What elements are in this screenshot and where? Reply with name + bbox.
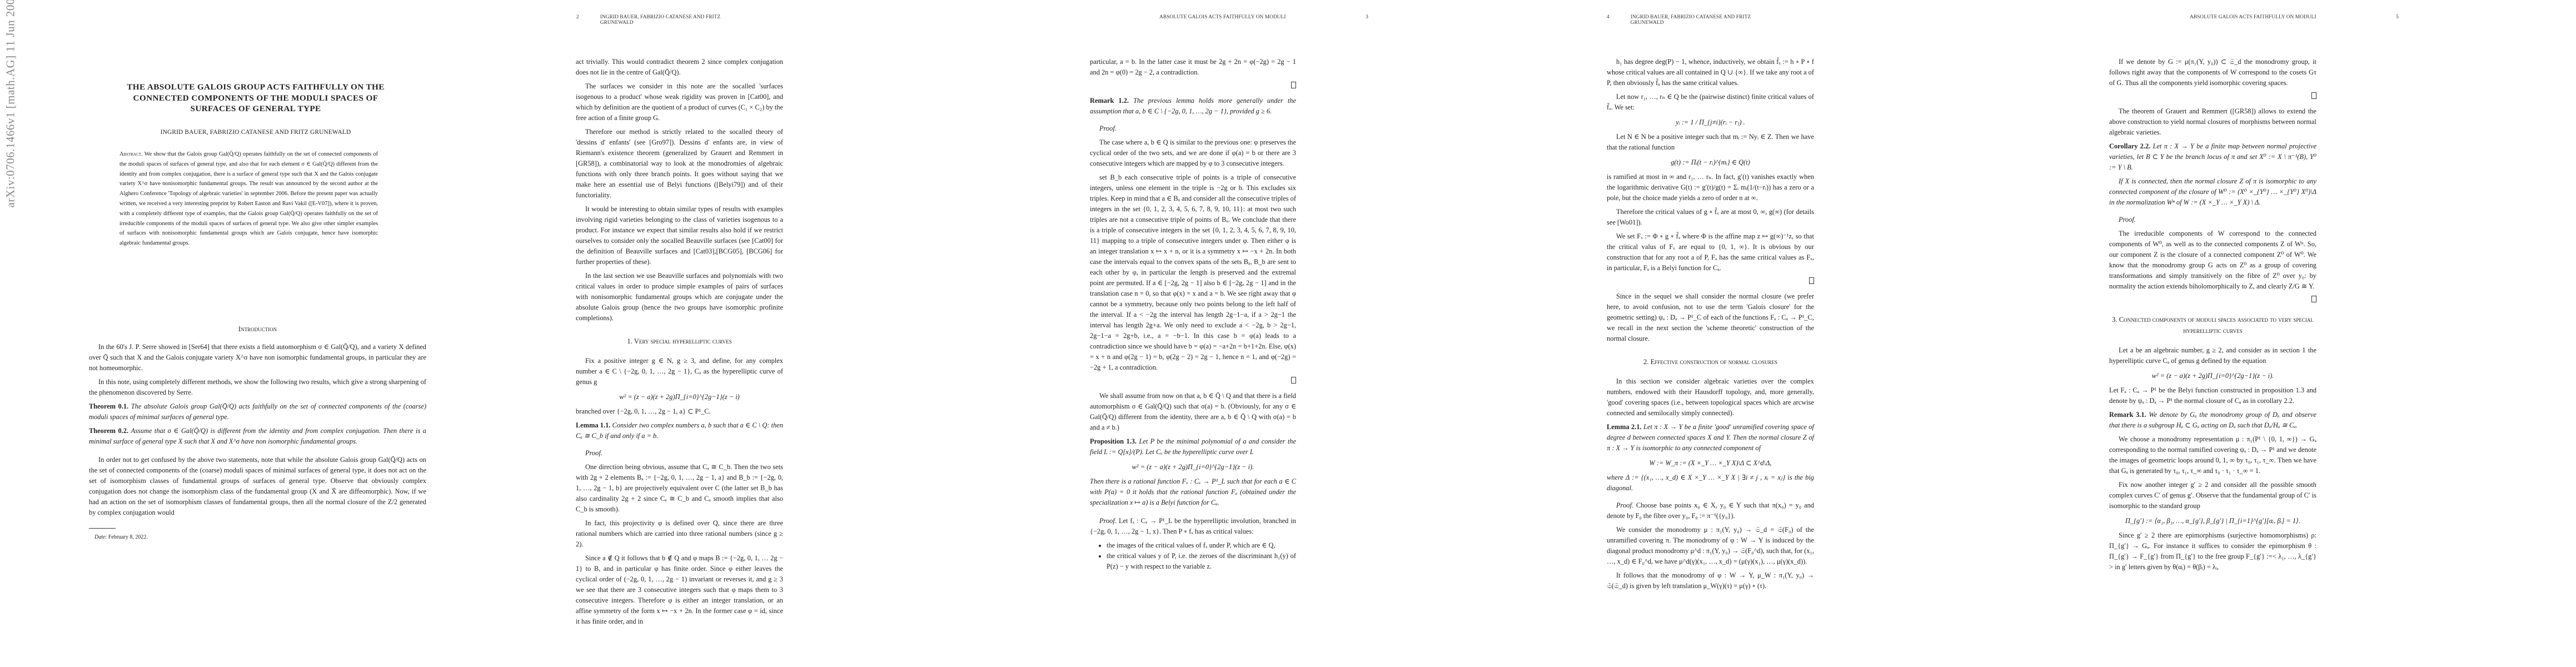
paragraph: In this note, using completely different… bbox=[89, 377, 426, 398]
equation: Π_{g′} := ⟨α₁, β₁, …, α_{g′}, β_{g′} | Π… bbox=[2109, 515, 2316, 527]
theorem-0-2: Theorem 0.2. Assume that σ ∈ Gal(Q̄/Q) i… bbox=[89, 426, 426, 447]
running-head-text: INGRID BAUER, FABRIZIO CATANESE AND FRIT… bbox=[600, 14, 738, 26]
theorem-label: Theorem 0.2. bbox=[89, 427, 128, 435]
proposition-label: Proposition 1.3. bbox=[1090, 437, 1137, 445]
running-head: ABSOLUTE GALOIS ACTS FAITHFULLY ON MODUL… bbox=[1159, 14, 1368, 20]
paragraph: Therefore the critical values of g ∘ f̃ₓ… bbox=[1607, 207, 1814, 228]
abstract-text: We show that the Galois group Gal(Q̄/Q) … bbox=[119, 151, 378, 246]
theorem-text: The absolute Galois group Gal(Q̄/Q) acts… bbox=[89, 402, 426, 421]
remark-label: Remark 3.1. bbox=[2109, 411, 2146, 419]
page-1: arXiv:0706.1466v1 [math.AG] 11 Jun 2007 … bbox=[0, 0, 515, 667]
equation: w² = (z − a)(z + 2g)Π_{i=0}^{2g−1}(z − i… bbox=[2109, 370, 2316, 382]
paragraph: particular, a = b. In the latter case it… bbox=[1090, 57, 1296, 78]
paragraph: Since g′ ≥ 2 there are epimorphisms (sur… bbox=[2109, 530, 2316, 573]
lemma-1-1: Lemma 1.1. Consider two complex numbers … bbox=[576, 420, 783, 441]
paragraph: If we denote by G := μ(π₁(Y, y₀)) ⊂ 𝔖_d … bbox=[2109, 57, 2316, 88]
paragraph: In the 60's J. P. Serre showed in [Ser64… bbox=[89, 342, 426, 374]
proof-label: Proof. bbox=[1099, 517, 1117, 525]
paragraph: We consider the monodromy μ : π₁(Y, y₀) … bbox=[1607, 525, 1814, 567]
section-3-title: 3. Connected components of moduli spaces… bbox=[2109, 314, 2316, 336]
page-number: 4 bbox=[1607, 14, 1610, 26]
lemma-2-1: Lemma 2.1. Let π : X → Y be a finite 'go… bbox=[1607, 422, 1814, 454]
corollary-text-cont: If X is connected, then the normal closu… bbox=[2109, 176, 2316, 208]
paragraph: Fix a positive integer g ∈ N, g ≥ 3, and… bbox=[576, 356, 783, 387]
paragraph: is ramified at most in ∞ and r₁, … rₙ. I… bbox=[1607, 172, 1814, 203]
page-4: 4 INGRID BAUER, FABRIZIO CATANESE AND FR… bbox=[1546, 0, 2061, 667]
equation: w² = (z − a)(z + 2g)Π_{i=0}^{2g−1}(z − i… bbox=[1090, 461, 1296, 473]
page-3: ABSOLUTE GALOIS ACTS FAITHFULLY ON MODUL… bbox=[1030, 0, 1546, 667]
paragraph: In this section we consider algebraic va… bbox=[1607, 376, 1814, 419]
paragraph: It follows that the monodromy of φ : W →… bbox=[1607, 570, 1814, 591]
paragraph: It would be interesting to obtain simila… bbox=[576, 204, 783, 267]
running-head: 4 INGRID BAUER, FABRIZIO CATANESE AND FR… bbox=[1607, 14, 1768, 26]
running-head-text: INGRID BAUER, FABRIZIO CATANESE AND FRIT… bbox=[1631, 14, 1768, 26]
paragraph-text: Let fₓ : Cₓ → P¹_L be the hyperelliptic … bbox=[1090, 517, 1296, 535]
paragraph: Since in the sequel we shall consider th… bbox=[1607, 291, 1814, 344]
paragraph: We set Fₓ := Φ ∘ g ∘ f̃ₓ where Φ is the … bbox=[1607, 231, 1814, 273]
paragraph: Proof. Let fₓ : Cₓ → P¹_L be the hyperel… bbox=[1090, 516, 1296, 537]
qed-symbol bbox=[2109, 295, 2316, 302]
paper-authors: INGRID BAUER, FABRIZIO CATANESE AND FRIT… bbox=[83, 129, 428, 136]
list-item: the images of the critical values of fₓ … bbox=[1107, 540, 1296, 551]
paragraph: branched over {−2g, 0, 1, …, 2g − 1, a} … bbox=[576, 406, 783, 417]
proposition-1-3: Proposition 1.3. Let P be the minimal po… bbox=[1090, 436, 1296, 457]
page-2: 2 INGRID BAUER, FABRIZIO CATANESE AND FR… bbox=[515, 0, 1030, 667]
equation: g(t) := Πᵢ(t − rᵢ)^{mᵢ} ∈ Q(t) bbox=[1607, 156, 1814, 168]
qed-symbol bbox=[1090, 376, 1296, 383]
paper-title: THE ABSOLUTE GALOIS GROUP ACTS FAITHFULL… bbox=[83, 82, 428, 115]
paragraph: One direction being obvious, assume that… bbox=[576, 462, 783, 515]
proof-label: Proof. bbox=[2109, 216, 2316, 224]
paragraph: The case where a, b ∈ Q is similar to th… bbox=[1090, 137, 1296, 169]
section-1-title: 1. Very special hyperelliptic curves bbox=[576, 336, 783, 347]
list-item: the critical values y of P, i.e. the zer… bbox=[1107, 551, 1296, 572]
paragraph: set B_b each consecutive triple of point… bbox=[1090, 172, 1296, 373]
paragraph: act trivially. This would contradict the… bbox=[576, 57, 783, 78]
running-head-text: ABSOLUTE GALOIS ACTS FAITHFULLY ON MODUL… bbox=[1159, 14, 1286, 20]
equation: yᵢ := 1 / Π_{j≠i}(rᵢ − rⱼ) . bbox=[1607, 116, 1814, 128]
proof-label: Proof. bbox=[576, 449, 783, 457]
corollary-label: Corollary 2.2. bbox=[2109, 142, 2150, 150]
lemma-text-cont: where Δ := {(x₁, …, x_d) ∈ X ×_Y … ×_Y X… bbox=[1607, 472, 1814, 494]
remark-label: Remark 1.2. bbox=[1090, 97, 1129, 104]
equation: w² = (z − a)(z + 2g)Π_{i=0}^{2g−1}(z − i… bbox=[576, 391, 783, 403]
section-2-title: 2. Effective construction of normal clos… bbox=[1607, 356, 1814, 367]
paragraph: Since a ∉ Q it follows that b ∉ Q and φ … bbox=[576, 553, 783, 627]
equation: W := W_π := (X ×_Y … ×_Y X)\Δ ⊂ X^d\Δ, bbox=[1607, 457, 1814, 469]
theorem-0-1: Theorem 0.1. The absolute Galois group G… bbox=[89, 401, 426, 422]
proof-label: Proof. bbox=[1616, 501, 1633, 509]
page-number: 3 bbox=[1366, 14, 1368, 20]
paragraph: In order not to get confused by the abov… bbox=[89, 455, 426, 518]
paragraph: In fact, this projectivity φ is defined … bbox=[576, 518, 783, 550]
paragraph: Let now r₁, …, rₙ ∈ Q be the (pairwise d… bbox=[1607, 92, 1814, 113]
footnote-date: Date: February 8, 2022. bbox=[89, 532, 426, 542]
abstract: Abstract. We show that the Galois group … bbox=[119, 150, 378, 252]
abstract-label: Abstract. bbox=[119, 151, 143, 157]
proof-label: Proof. bbox=[1090, 125, 1296, 133]
page-number: 2 bbox=[576, 14, 579, 26]
qed-symbol bbox=[2109, 92, 2316, 98]
theorem-text: Assume that σ ∈ Gal(Q̄/Q) is different f… bbox=[89, 427, 426, 445]
paragraph: h₁ has degree deg(P) − 1, whence, induct… bbox=[1607, 57, 1814, 88]
paragraph-text: Choose base points x₀ ∈ X, y₀ ∈ Y such t… bbox=[1607, 501, 1814, 520]
remark-3-1: Remark 3.1. We denote by Gₐ the monodrom… bbox=[2109, 410, 2316, 431]
section-introduction: Introduction bbox=[89, 323, 426, 335]
paragraph: Let a be an algebraic number, g ≥ 2, and… bbox=[2109, 345, 2316, 366]
document-viewer: arXiv:0706.1466v1 [math.AG] 11 Jun 2007 … bbox=[0, 0, 2576, 667]
remark-1-2: Remark 1.2. The previous lemma holds mor… bbox=[1090, 96, 1296, 117]
paragraph: The surfaces we consider in this note ar… bbox=[576, 81, 783, 123]
page-5: ABSOLUTE GALOIS ACTS FAITHFULLY ON MODUL… bbox=[2061, 0, 2576, 667]
footnote-label: Date bbox=[94, 534, 105, 540]
running-head-text: ABSOLUTE GALOIS ACTS FAITHFULLY ON MODUL… bbox=[2190, 14, 2316, 20]
running-head: ABSOLUTE GALOIS ACTS FAITHFULLY ON MODUL… bbox=[2190, 14, 2399, 20]
footnote-rule bbox=[89, 528, 116, 529]
lemma-label: Lemma 1.1. bbox=[576, 421, 610, 429]
lemma-label: Lemma 2.1. bbox=[1607, 423, 1642, 431]
paragraph: The theorem of Grauert and Remmert ([GR5… bbox=[2109, 106, 2316, 138]
page-number: 5 bbox=[2396, 14, 2399, 20]
theorem-label: Theorem 0.1. bbox=[89, 402, 128, 410]
paragraph: Let Fₐ : Cₐ → P¹ be the Belyi function c… bbox=[2109, 385, 2316, 406]
paragraph: We shall assume from now on that a, b ∈ … bbox=[1090, 391, 1296, 433]
paragraph: The irreducible components of W correspo… bbox=[2109, 228, 2316, 292]
footnote-text: : February 8, 2022. bbox=[105, 534, 147, 540]
corollary-2-2: Corollary 2.2. Let π : X → Y be a finite… bbox=[2109, 141, 2316, 173]
paragraph: Fix now another integer g′ ≥ 2 and consi… bbox=[2109, 480, 2316, 511]
qed-symbol bbox=[1607, 277, 1814, 283]
paragraph: Therefore our method is strictly related… bbox=[576, 127, 783, 201]
qed-symbol bbox=[1090, 81, 1296, 88]
critical-values-list: the images of the critical values of fₓ … bbox=[1100, 540, 1296, 572]
running-head: 2 INGRID BAUER, FABRIZIO CATANESE AND FR… bbox=[576, 14, 738, 26]
paragraph: Let N ∈ N be a positive integer such tha… bbox=[1607, 132, 1814, 153]
arxiv-stamp: arXiv:0706.1466v1 [math.AG] 11 Jun 2007 bbox=[4, 69, 18, 208]
paragraph: In the last section we use Beauville sur… bbox=[576, 271, 783, 323]
paragraph: Proof. Choose base points x₀ ∈ X, y₀ ∈ Y… bbox=[1607, 500, 1814, 521]
proposition-text-cont: Then there is a rational function Fₓ : C… bbox=[1090, 476, 1296, 508]
paragraph: We choose a monodromy representation μ :… bbox=[2109, 434, 2316, 476]
